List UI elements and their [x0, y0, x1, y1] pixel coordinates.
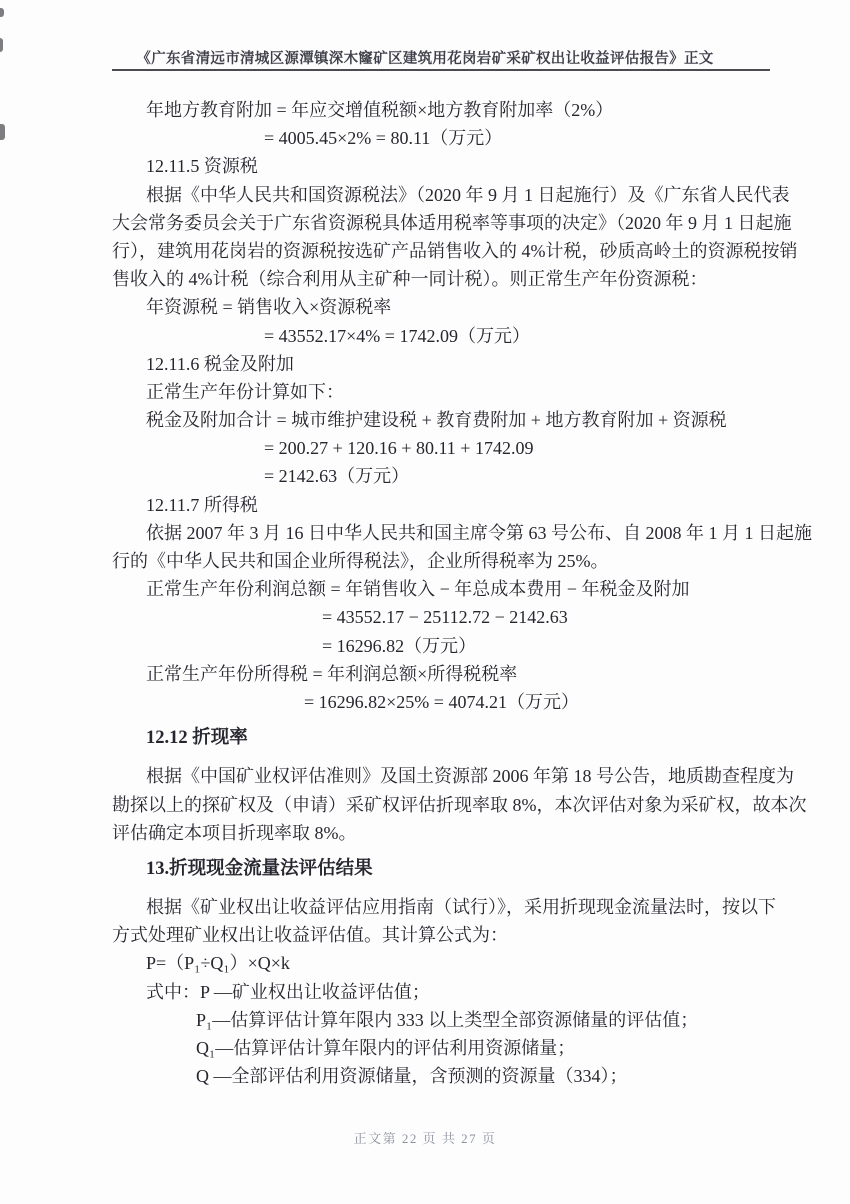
subsection-heading: 12.11.5 资源税 [146, 152, 812, 180]
definition-line: Q —全部评估利用资源储量，含预测的资源量（334）； [196, 1062, 812, 1090]
formula-line: = 2142.63（万元） [264, 462, 812, 490]
formula-line: 正常生产年份利润总额 = 年销售收入 − 年总成本费用 − 年税金及附加 [146, 575, 812, 603]
formula-line: 税金及附加合计 = 城市维护建设税 + 教育费附加 + 地方教育附加 + 资源税 [146, 406, 812, 434]
paragraph-line: 根据《矿业权出让收益评估应用指南（试行）》，采用折现现金流量法时，按以下 [146, 893, 812, 921]
paragraph-line: 行），建筑用花岗岩的资源税按选矿产品销售收入的 4%计税，砂质高岭土的资源税按销 [112, 237, 812, 265]
section-heading: 13.折现现金流量法评估结果 [146, 855, 812, 883]
formula-line: = 43552.17 − 25112.72 − 2142.63 [322, 603, 812, 631]
document-page: 《广东省清远市清城区源潭镇深木窿矿区建筑用花岗岩矿采矿权出让收益评估报告》正文 … [0, 0, 850, 1204]
formula-line: = 16296.82×25% = 4074.21（万元） [304, 688, 812, 716]
definition-line: P₁—估算评估计算年限内 333 以上类型全部资源储量的评估值； [196, 1006, 812, 1034]
formula-line: = 200.27 + 120.16 + 80.11 + 1742.09 [264, 434, 812, 462]
subsection-heading: 12.11.6 税金及附加 [146, 350, 812, 378]
document-body: 年地方教育附加 = 年应交增值税额×地方教育附加率（2%）= 4005.45×2… [112, 96, 812, 1090]
paragraph-line: 方式处理矿业权出让收益评估值。其计算公式为： [112, 921, 812, 949]
paragraph-line: 正常生产年份计算如下： [146, 378, 812, 406]
paragraph-line: 根据《中华人民共和国资源税法》（2020 年 9 月 1 日起施行）及《广东省人… [146, 181, 812, 209]
page-number: 正文第 22 页 共 27 页 [0, 1128, 850, 1147]
definition-line: Q₁—估算评估计算年限内的评估利用资源储量； [196, 1034, 812, 1062]
definition-line: 式中：P —矿业权出让收益评估值； [146, 978, 812, 1006]
scan-artifact [0, 124, 5, 140]
scan-artifact [0, 8, 4, 17]
formula-line: = 4005.45×2% = 80.11（万元） [264, 124, 812, 152]
section-heading: 12.12 折现率 [146, 724, 812, 752]
paragraph-line: 根据《中国矿业权评估准则》及国土资源部 2006 年第 18 号公告，地质勘查程… [146, 762, 812, 790]
paragraph-line: 依据 2007 年 3 月 16 日中华人民共和国主席令第 63 号公布、自 2… [146, 519, 812, 547]
paragraph-line: 评估确定本项目折现率取 8%。 [112, 819, 812, 847]
formula-line: P=（P₁÷Q₁）×Q×k [146, 949, 812, 977]
subsection-heading: 12.11.7 所得税 [146, 491, 812, 519]
paragraph-line: 勘探以上的探矿权及（申请）采矿权评估折现率取 8%，本次评估对象为采矿权，故本次 [112, 791, 812, 819]
formula-line: = 16296.82（万元） [322, 632, 812, 660]
paragraph-line: 售收入的 4%计税（综合利用从主矿种一同计税）。则正常生产年份资源税： [112, 265, 812, 293]
document-header-title: 《广东省清远市清城区源潭镇深木窿矿区建筑用花岗岩矿采矿权出让收益评估报告》正文 [0, 47, 850, 68]
formula-line: = 43552.17×4% = 1742.09（万元） [264, 322, 812, 350]
paragraph-line: 行的《中华人民共和国企业所得税法》，企业所得税率为 25%。 [112, 547, 812, 575]
formula-line: 年资源税 = 销售收入×资源税率 [146, 293, 812, 321]
header-rule [112, 69, 770, 71]
formula-line: 正常生产年份所得税 = 年利润总额×所得税税率 [146, 660, 812, 688]
paragraph-line: 大会常务委员会关于广东省资源税具体适用税率等事项的决定》（2020 年 9 月 … [112, 209, 812, 237]
formula-line: 年地方教育附加 = 年应交增值税额×地方教育附加率（2%） [146, 96, 812, 124]
